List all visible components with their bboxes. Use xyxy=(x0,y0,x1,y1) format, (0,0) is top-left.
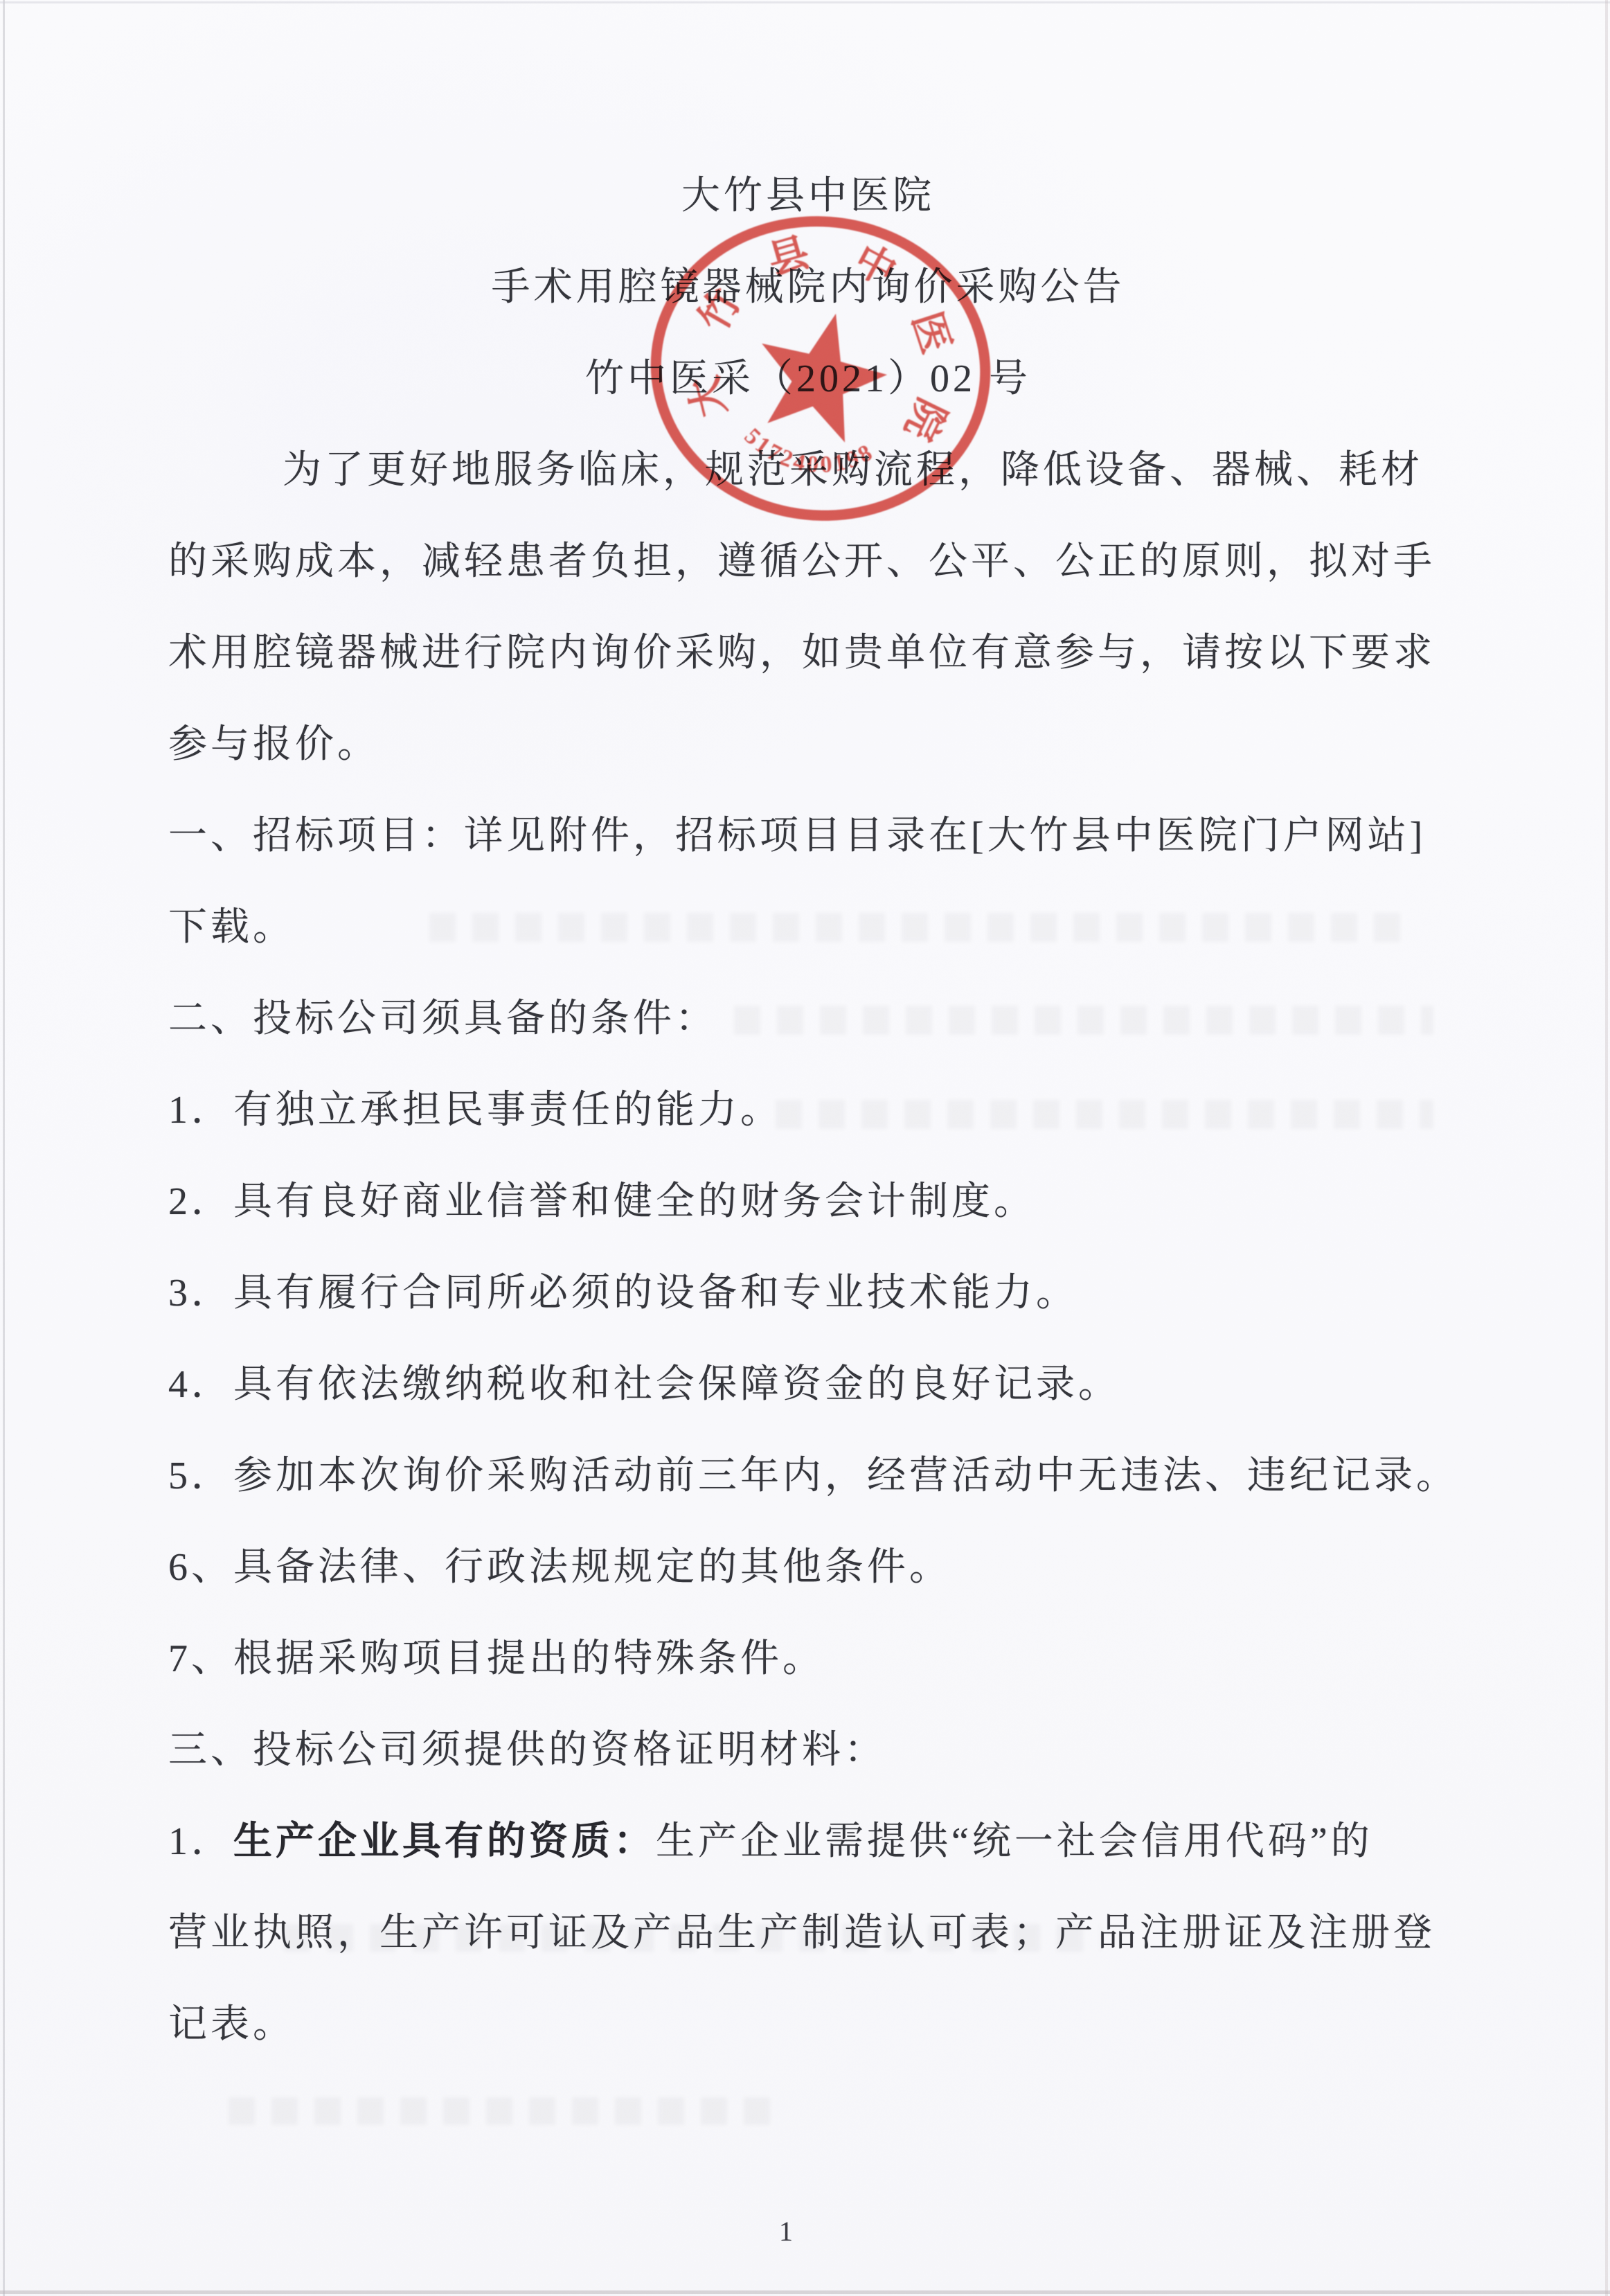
text-segment: 二、投标公司须具备的条件： xyxy=(168,997,717,1040)
document-line: 1．生产企业具有的资质：生产企业需提供“统一社会信用代码”的 xyxy=(168,1796,1448,1887)
document-line: 2．具有良好商业信誉和健全的财务会计制度。 xyxy=(168,1156,1448,1247)
document-line: 三、投标公司须提供的资格证明材料： xyxy=(168,1705,1448,1796)
text-segment: 1． xyxy=(168,1820,233,1863)
text-segment: 记表。 xyxy=(168,2003,295,2046)
text-segment: 术用腔镜器械进行院内询价采购，如贵单位有意参与，请按以下要求 xyxy=(168,632,1435,675)
text-segment: 参与报价。 xyxy=(168,723,379,766)
bold-text-segment: 生产企业具有的资质： xyxy=(233,1820,656,1863)
seal-code-digits: 5172400198 xyxy=(736,422,881,484)
page-number: 1 xyxy=(755,2215,817,2248)
document-line: 一、招标项目：详见附件，招标项目目录在[大竹县中医院门户网站] xyxy=(168,790,1448,882)
seal-ring-character: 大 xyxy=(681,372,734,422)
bleed-through-smudge xyxy=(229,2097,782,2125)
document-line: 4．具有依法缴纳税收和社会保障资金的良好记录。 xyxy=(168,1339,1448,1430)
scan-edge-top xyxy=(0,1,1610,3)
seal-ring-character: 县 xyxy=(763,229,814,283)
text-segment: 三、投标公司须提供的资格证明材料： xyxy=(168,1729,886,1772)
document-line: 6、具备法律、行政法规规定的其他条件。 xyxy=(168,1522,1448,1613)
text-segment: 5．参加本次询价采购活动前三年内，经营活动中无违法、违纪记录。 xyxy=(168,1454,1458,1497)
document-line: 记表。 xyxy=(168,1979,1448,2070)
scan-edge-bottom xyxy=(0,2290,1610,2294)
text-segment: 2．具有良好商业信誉和健全的财务会计制度。 xyxy=(168,1180,1036,1223)
document-line: 1．有独立承担民事责任的能力。 xyxy=(168,1065,1448,1156)
document-line: 下载。 xyxy=(168,882,1448,973)
text-segment: 营业执照，生产许可证及产品生产制造认可表；产品注册证及注册登 xyxy=(168,1912,1435,1955)
text-segment: 1．有独立承担民事责任的能力。 xyxy=(168,1089,782,1132)
scan-edge-right xyxy=(1605,0,1608,2296)
seal-ring-character: 竹 xyxy=(690,282,749,339)
scan-edge-left xyxy=(3,0,5,2296)
text-segment: 4．具有依法缴纳税收和社会保障资金的良好记录。 xyxy=(168,1363,1120,1406)
seal-ring-character: 医 xyxy=(904,306,959,358)
document-line: 3．具有履行合同所必须的设备和专业技术能力。 xyxy=(168,1247,1448,1339)
text-segment: 3．具有履行合同所必须的设备和专业技术能力。 xyxy=(168,1272,1078,1315)
text-segment: 一、招标项目：详见附件，招标项目目录在[大竹县中医院门户网站] xyxy=(168,815,1426,857)
document-line: 二、投标公司须具备的条件： xyxy=(168,973,1448,1065)
document-line: 7、根据采购项目提出的特殊条件。 xyxy=(168,1613,1448,1705)
scanned-document-page: 大竹县中医院手术用腔镜器械院内询价采购公告竹中医采（2021）02 号为了更好地… xyxy=(0,0,1610,2296)
text-segment: 生产企业需提供“统一社会信用代码”的 xyxy=(656,1820,1373,1863)
document-line: 5．参加本次询价采购活动前三年内，经营活动中无违法、违纪记录。 xyxy=(168,1430,1448,1522)
official-seal-stamp: 大竹县中医院 5172400198 xyxy=(599,154,1028,583)
seal-ring-character: 中 xyxy=(847,236,904,295)
document-line: 参与报价。 xyxy=(168,699,1448,790)
text-segment: 下载。 xyxy=(168,906,295,949)
text-segment: 6、具备法律、行政法规规定的其他条件。 xyxy=(168,1546,951,1589)
text-segment: 7、根据采购项目提出的特殊条件。 xyxy=(168,1637,825,1680)
seal-ring-character: 院 xyxy=(896,391,954,447)
document-line: 术用腔镜器械进行院内询价采购，如贵单位有意参与，请按以下要求 xyxy=(168,607,1448,699)
document-line: 营业执照，生产许可证及产品生产制造认可表；产品注册证及注册登 xyxy=(168,1887,1448,1979)
star-icon xyxy=(744,298,899,448)
